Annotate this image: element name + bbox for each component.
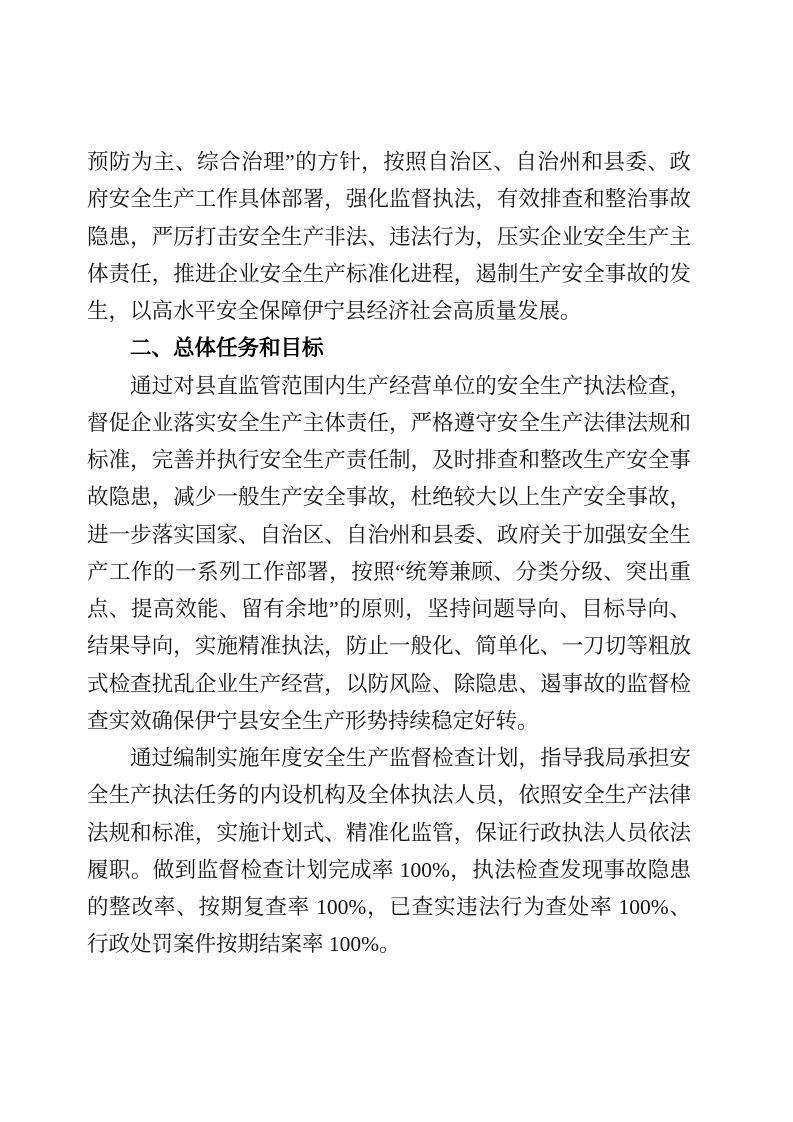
para3-line-3: 法规和标准，实施计划式、精准化监管，保证行政执法人员依法 [87,815,691,852]
document-page: 预防为主、综合治理”的方针，按照自治区、自治州和县委、政 府安全生产工作具体部署… [0,0,793,1122]
para3-line-1: 通过编制实施年度安全生产监督检查计划，指导我局承担安 [87,740,691,777]
para1-line-4: 体责任，推进企业安全生产标准化进程，遏制生产安全事故的发 [87,256,691,293]
para3-line-4: 履职。做到监督检查计划完成率 100%，执法检查发现事故隐患 [87,852,691,889]
para3-line-2: 全生产执法任务的内设机构及全体执法人员，依照安全生产法律 [87,777,691,814]
para2-line-3: 标准，完善并执行安全生产责任制，及时排查和整改生产安全事 [87,442,691,479]
document-body: 预防为主、综合治理”的方针，按照自治区、自治州和县委、政 府安全生产工作具体部署… [87,144,691,964]
para3-line-6: 行政处罚案件按期结案率 100%。 [87,926,691,963]
para2-line-4: 故隐患，减少一般生产安全事故，杜绝较大以上生产安全事故， [87,479,691,516]
para2-line-10: 查实效确保伊宁县安全生产形势持续稳定好转。 [87,703,691,740]
para2-line-2: 督促企业落实安全生产主体责任，严格遵守安全生产法律法规和 [87,405,691,442]
para1-line-5: 生，以高水平安全保障伊宁县经济社会高质量发展。 [87,293,691,330]
para1-line-1: 预防为主、综合治理”的方针，按照自治区、自治州和县委、政 [87,144,691,181]
para3-line-5: 的整改率、按期复查率 100%，已查实违法行为查处率 100%、 [87,889,691,926]
para2-line-8: 结果导向，实施精准执法，防止一般化、简单化、一刀切等粗放 [87,628,691,665]
para1-line-3: 隐患，严厉打击安全生产非法、违法行为，压实企业安全生产主 [87,219,691,256]
section-heading: 二、总体任务和目标 [87,330,691,367]
para2-line-7: 点、提高效能、留有余地”的原则，坚持问题导向、目标导向、 [87,591,691,628]
para2-line-6: 产工作的一系列工作部署，按照“统筹兼顾、分类分级、突出重 [87,554,691,591]
para1-line-2: 府安全生产工作具体部署，强化监督执法，有效排查和整治事故 [87,181,691,218]
para2-line-5: 进一步落实国家、自治区、自治州和县委、政府关于加强安全生 [87,517,691,554]
para2-line-9: 式检查扰乱企业生产经营，以防风险、除隐患、遏事故的监督检 [87,666,691,703]
para2-line-1: 通过对县直监管范围内生产经营单位的安全生产执法检查， [87,368,691,405]
